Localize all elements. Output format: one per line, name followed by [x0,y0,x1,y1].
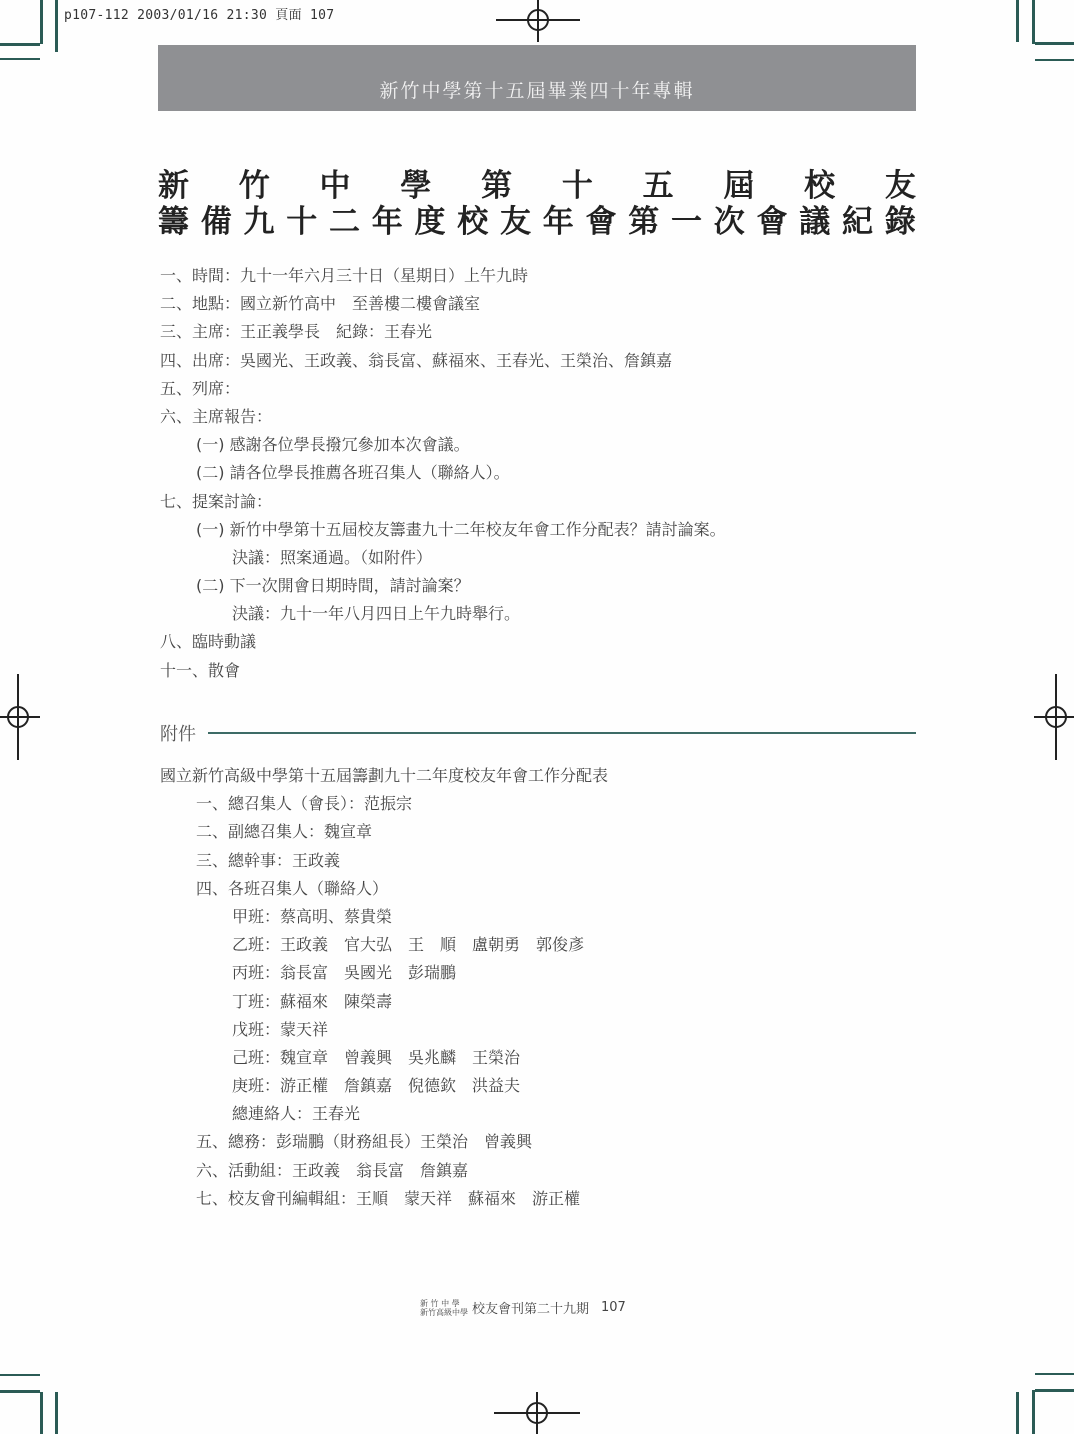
annex-work-assignment: 國立新竹高級中學第十五屆籌劃九十二年度校友年會工作分配表一、總召集人（會長）：范… [160,762,608,1213]
text-line: 五、列席： [160,375,726,403]
text-line: (一) 新竹中學第十五屆校友籌畫九十二年校友年會工作分配表？請討論案。 [160,516,726,544]
text-line: 十一、散會 [160,657,726,685]
title-char: 錄 [885,196,916,241]
title-char: 度 [415,196,446,241]
print-slug: p107-112 2003/01/16 21:30 頁面 107 [64,4,334,23]
crop-mark [1016,1392,1019,1434]
text-line: 丙班：翁長富 吳國光 彭瑞鵬 [160,959,608,987]
text-line: (一) 感謝各位學長撥冗參加本次會議。 [160,431,726,459]
text-line: 決議：照案通過。（如附件） [160,544,726,572]
crop-mark [0,1374,40,1376]
text-line: 庚班：游正權 詹鎮嘉 倪德欽 洪益夫 [160,1072,608,1100]
text-line: 七、校友會刊編輯組：王順 蒙天祥 蘇福來 游正權 [160,1185,608,1213]
text-line: (二) 下一次開會日期時間，請討論案？ [160,572,726,600]
text-line: 乙班：王政義 官大弘 王 順 盧朝勇 郭俊彥 [160,931,608,959]
title-char: 備 [201,196,232,241]
annex-label: 附件 [160,720,196,746]
text-line: 三、總幹事：王政義 [160,847,608,875]
page-footer: 新 竹 中 學 新竹高級中學 校友會刊第二十九期 107 [420,1298,626,1317]
text-line: 二、地點：國立新竹高中 至善樓二樓會議室 [160,290,726,318]
title-char: 會 [586,196,617,241]
crop-mark [1035,1389,1074,1392]
title-char: 議 [799,196,830,241]
title-char: 九 [244,196,275,241]
page-title-line-2: 籌備九十二年度校友年會第一次會議紀錄 [158,196,916,241]
title-char: 校 [457,196,488,241]
text-line: 己班：魏宣章 曾義興 吳兆麟 王榮治 [160,1044,608,1072]
logo-bottom-text: 新竹高級中學 [420,1308,468,1317]
title-char: 會 [757,196,788,241]
publication-name: 校友會刊第二十九期 [472,1298,589,1317]
divider [208,732,916,734]
school-logo: 新 竹 中 學 新竹高級中學 [420,1299,468,1317]
annex-header: 附件 [160,720,916,746]
title-char: 年 [543,196,574,241]
text-line: 六、活動組：王政義 翁長富 詹鎮嘉 [160,1157,608,1185]
crop-mark [1016,0,1019,42]
title-char: 紀 [842,196,873,241]
title-char: 籌 [158,196,189,241]
text-line: 五、總務：彭瑞鵬（財務組長）王榮治 曾義興 [160,1128,608,1156]
meeting-minutes: 一、時間：九十一年六月三十日（星期日）上午九時二、地點：國立新竹高中 至善樓二樓… [160,262,726,685]
title-char: 十 [286,196,317,241]
title-char: 一 [671,196,702,241]
crop-mark [1032,0,1035,44]
text-line: 四、各班召集人（聯絡人） [160,875,608,903]
text-line: 戊班：蒙天祥 [160,1016,608,1044]
crop-mark [55,1392,58,1434]
crop-mark [40,0,43,44]
text-line: 三、主席：王正義學長 紀錄：王春光 [160,318,726,346]
text-line: 丁班：蘇福來 陳榮壽 [160,988,608,1016]
page-number: 107 [601,1300,626,1315]
crop-mark [40,1392,43,1434]
crop-mark [1035,59,1074,61]
crop-mark [55,0,58,52]
banner-title: 新竹中學第十五屆畢業四十年專輯 [158,76,916,103]
title-char: 第 [628,196,659,241]
crop-mark [0,58,40,60]
text-line: 八、臨時動議 [160,628,726,656]
text-line: 二、副總召集人：魏宣章 [160,818,608,846]
logo-top-text: 新 竹 中 學 [420,1299,468,1308]
text-line: 決議：九十一年八月四日上午九時舉行。 [160,600,726,628]
text-line: 四、出席：吳國光、王政義、翁長富、蘇福來、王春光、王榮治、詹鎮嘉 [160,347,726,375]
crop-mark [1035,42,1074,45]
text-line: 七、提案討論： [160,488,726,516]
text-line: (二) 請各位學長推薦各班召集人（聯絡人）。 [160,459,726,487]
text-line: 甲班：蔡高明、蔡貴榮 [160,903,608,931]
crop-mark [1035,1373,1074,1375]
crop-mark [0,1390,40,1393]
text-line: 一、總召集人（會長）：范振宗 [160,790,608,818]
crop-mark [0,43,40,46]
text-line: 國立新竹高級中學第十五屆籌劃九十二年度校友年會工作分配表 [160,762,608,790]
title-char: 二 [329,196,360,241]
title-char: 年 [372,196,403,241]
text-line: 總連絡人：王春光 [160,1100,608,1128]
crop-mark [1032,1390,1035,1434]
title-char: 次 [714,196,745,241]
section-banner: 新竹中學第十五屆畢業四十年專輯 [158,45,916,111]
text-line: 一、時間：九十一年六月三十日（星期日）上午九時 [160,262,726,290]
text-line: 六、主席報告： [160,403,726,431]
title-char: 友 [500,196,531,241]
